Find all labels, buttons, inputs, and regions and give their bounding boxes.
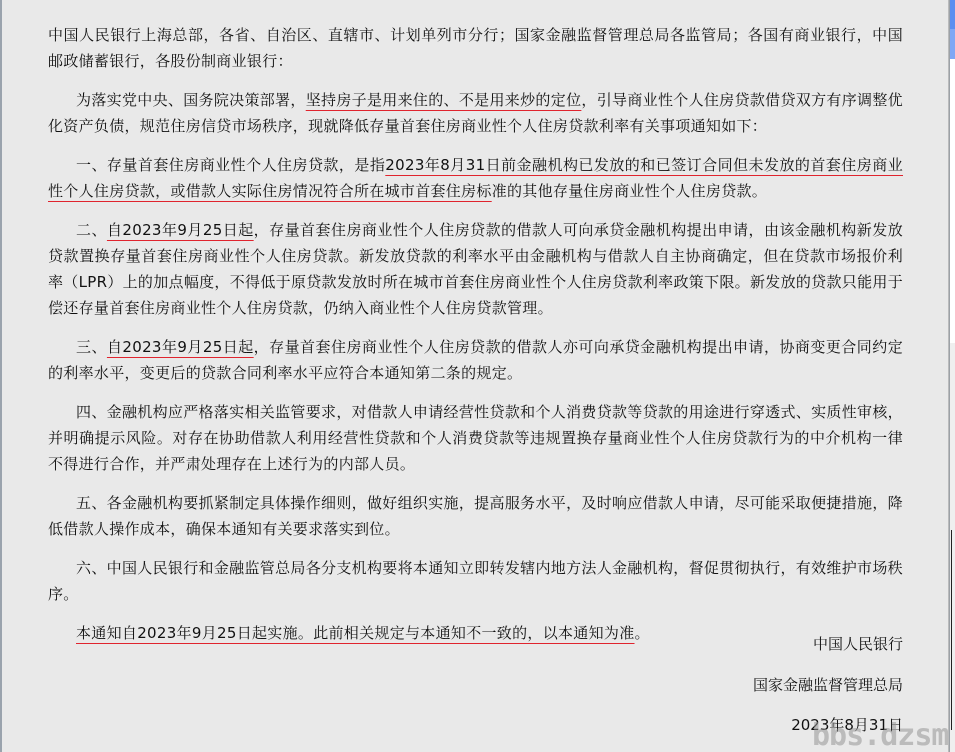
item-3-underlined-date: 自2023年9月25日起: [107, 338, 254, 356]
item-5-paragraph: 五、各金融机构要抓紧制定具体操作细则，做好组织实施，提高服务水平，及时响应借款人…: [48, 490, 903, 542]
intro-paragraph: 为落实党中央、国务院决策部署，坚持房子是用来住的、不是用来炒的定位，引导商业性个…: [48, 87, 903, 139]
signature-issuer-pboc: 中国人民银行: [813, 634, 903, 654]
notice-body: 中国人民银行上海总部，各省、自治区、直辖市、计划单列市分行；国家金融监督管理总局…: [48, 22, 903, 659]
item-1-text-after: 准的其他存量住房商业性个人住房贷款。: [492, 182, 767, 200]
item-2-underlined-date: 自2023年9月25日起: [107, 221, 254, 239]
side-pane-divider: [951, 530, 952, 730]
scrollbar-thumb[interactable]: [950, 0, 955, 29]
scrollbar-thumb-highlight: [950, 29, 955, 59]
effective-underlined-phrase: 本通知自2023年9月25日起实施。此前相关规定与本通知不一致的，以本通知为准: [76, 624, 635, 642]
right-side-pane[interactable]: [950, 0, 955, 752]
effective-text-after: 。: [635, 624, 650, 642]
site-watermark: bbs.dzsm.com: [812, 718, 955, 752]
item-4-paragraph: 四、金融机构应严格落实相关监管要求，对借款人申请经营性贷款和个人消费贷款等贷款的…: [48, 399, 903, 477]
signature-issuer-nfra: 国家金融监督管理总局: [753, 675, 903, 695]
item-2-paragraph: 二、自2023年9月25日起，存量首套住房商业性个人住房贷款的借款人可向承贷金融…: [48, 217, 903, 321]
item-1-paragraph: 一、存量首套住房商业性个人住房贷款，是指2023年8月31日前金融机构已发放的和…: [48, 152, 903, 204]
intro-underlined-phrase: 坚持房子是用来住的、不是用来炒的定位: [306, 91, 582, 109]
item-2-text-before: 二、: [76, 221, 107, 239]
item-6-paragraph: 六、中国人民银行和金融监管总局各分支机构要将本通知立即转发辖内地方法人金融机构，…: [48, 555, 903, 607]
left-border: [0, 0, 2, 752]
effective-date-paragraph: 本通知自2023年9月25日起实施。此前相关规定与本通知不一致的，以本通知为准。: [48, 620, 903, 646]
addressee-paragraph: 中国人民银行上海总部，各省、自治区、直辖市、计划单列市分行；国家金融监督管理总局…: [48, 22, 903, 74]
item-1-text-before: 一、存量首套住房商业性个人住房贷款，是指: [76, 156, 385, 174]
intro-text-before: 为落实党中央、国务院决策部署，: [76, 91, 306, 109]
item-3-text-before: 三、: [76, 338, 107, 356]
item-3-paragraph: 三、自2023年9月25日起，存量首套住房商业性个人住房贷款的借款人亦可向承贷金…: [48, 334, 903, 386]
